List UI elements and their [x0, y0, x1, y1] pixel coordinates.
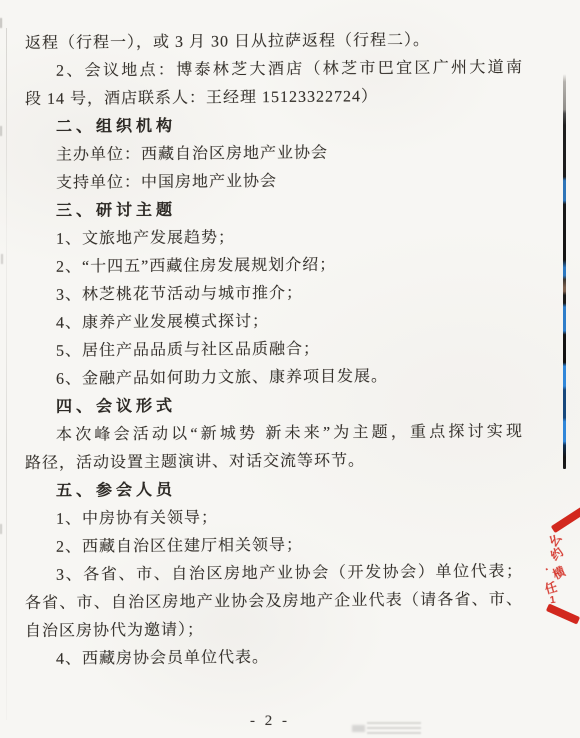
- text-line: 1、文旅地产发展趋势；: [25, 222, 523, 254]
- section-heading: 四、会议形式: [25, 390, 523, 422]
- scan-artifact-edge-line: [563, 74, 566, 469]
- text-line: 自治区房协代为邀请）；: [25, 614, 523, 646]
- text-line: 1、中房协有关领导；: [25, 502, 523, 534]
- seal-text-fragment: 横: [551, 565, 567, 581]
- text-line: 各省、市、自治区房地产业协会及房地产企业代表（请各省、市、: [25, 586, 523, 618]
- section-heading: 二、组织机构: [25, 110, 523, 142]
- text-line: 6、金融产品如何助力文旅、康养项目发展。: [25, 362, 523, 394]
- text-line: 3、各省、市、自治区房地产业协会（开发协会）单位代表；: [25, 558, 523, 590]
- seal-text-fragment: 约: [549, 546, 566, 563]
- seal-stroke-top: [551, 507, 580, 533]
- text-line: 2、会议地点：博泰林芝大酒店（林芝市巴宜区广州大道南: [25, 54, 523, 86]
- text-line: 5、居住产品品质与社区品质融合；: [25, 334, 523, 366]
- text-line: 段 14 号，酒店联系人：王经理 15123322724）: [25, 82, 523, 114]
- text-line: 主办单位：西藏自治区房地产业协会: [25, 138, 523, 170]
- text-line: 2、西藏自治区住建厅相关领导；: [25, 530, 523, 562]
- text-line: 4、康养产业发展模式探讨；: [25, 306, 523, 338]
- seal-text-fragment: 任: [544, 581, 559, 596]
- text-line: 本次峰会活动以“新城势 新未来”为主题，重点探讨实现: [25, 418, 523, 450]
- paper-crease-line: [6, 28, 7, 720]
- scan-smudge: [352, 725, 365, 732]
- scanned-document-page: 返程（行程一），或 3 月 30 日从拉萨返程（行程二）。2、会议地点：博泰林芝…: [0, 0, 580, 738]
- seal-text-fragment: 1: [549, 595, 556, 608]
- section-heading: 五、参会人员: [25, 474, 523, 506]
- document-body: 返程（行程一），或 3 月 30 日从拉萨返程（行程二）。2、会议地点：博泰林芝…: [25, 26, 523, 674]
- text-line: 支持单位：中国房地产业协会: [25, 166, 523, 198]
- text-line: 路径，活动设置主题演讲、对话交流等环节。: [25, 446, 523, 478]
- page-number: - 2 -: [250, 713, 290, 730]
- text-line: 2、“十四五”西藏住房发展规划介绍；: [25, 250, 523, 282]
- text-line: 返程（行程一），或 3 月 30 日从拉萨返程（行程二）。: [25, 26, 523, 58]
- section-heading: 三、研讨主题: [25, 194, 523, 226]
- scan-edge-specks: [0, 18, 2, 28]
- red-seal-stamp: 幺约·横任1: [540, 506, 580, 630]
- text-line: 3、林芝桃花节活动与城市推介；: [25, 278, 523, 310]
- scan-smudge: [367, 722, 421, 735]
- text-line: 4、西藏房协会员单位代表。: [25, 642, 523, 674]
